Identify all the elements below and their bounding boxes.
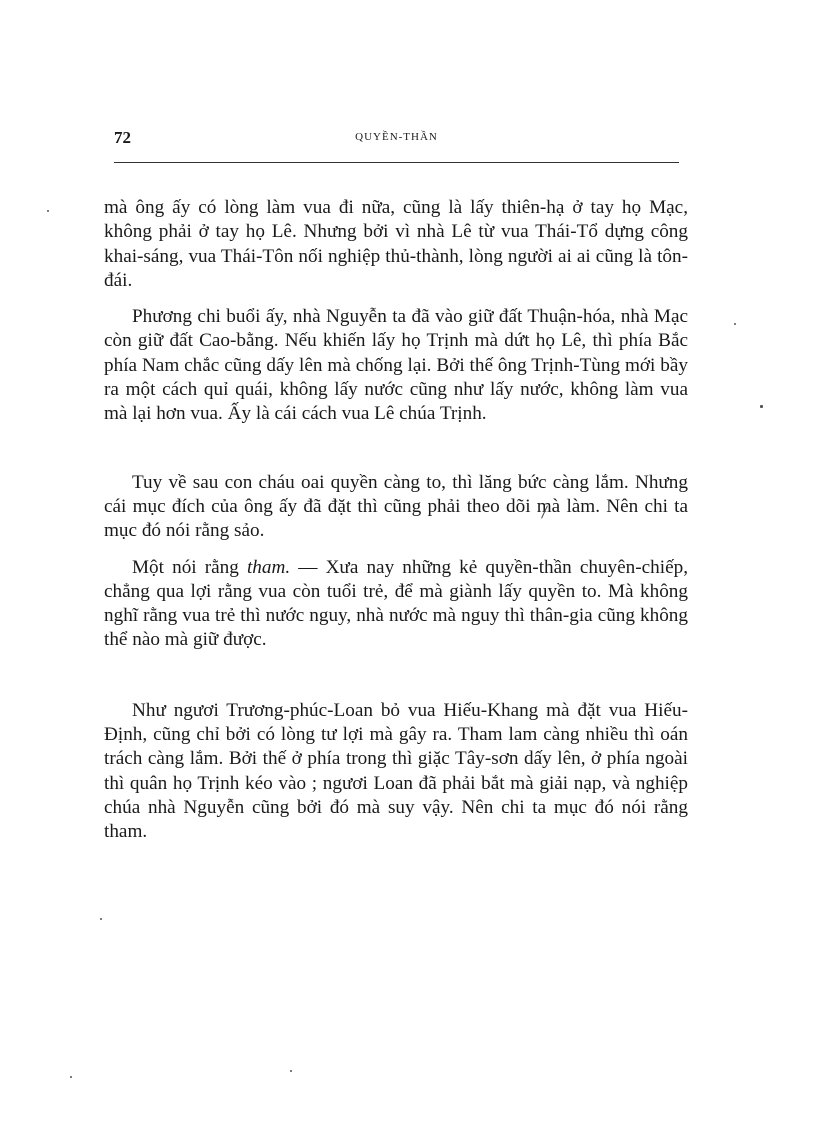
body-text: mà ông ấy có lòng làm vua đi nữa, cũng l… xyxy=(104,196,688,845)
paragraph-5: Như ngươi Trương-phúc-Loan bỏ vua Hiếu-K… xyxy=(104,699,688,845)
running-title: QUYỀN-THẦN xyxy=(114,131,679,143)
page-header: 72 QUYỀN-THẦN xyxy=(114,128,679,150)
paragraph-4-emphasis: tham. xyxy=(247,557,290,578)
paragraph-4: Một nói rằng tham. — Xưa nay những kẻ qu… xyxy=(104,556,688,653)
scan-speck xyxy=(734,323,736,325)
scan-speck xyxy=(70,1076,72,1078)
scan-speck xyxy=(47,210,49,212)
scan-speck xyxy=(100,918,102,920)
header-rule xyxy=(114,162,679,163)
paragraph-1: mà ông ấy có lòng làm vua đi nữa, cũng l… xyxy=(104,196,688,293)
paragraph-4-lead: Một nói rằng xyxy=(132,557,247,578)
paragraph-3: Tuy về sau con cháu oai quyền càng to, t… xyxy=(104,471,688,544)
scan-speck xyxy=(290,1070,292,1072)
paragraph-2: Phương chi buổi ấy, nhà Nguyễn ta đã vào… xyxy=(104,305,688,426)
scan-speck xyxy=(760,405,763,408)
